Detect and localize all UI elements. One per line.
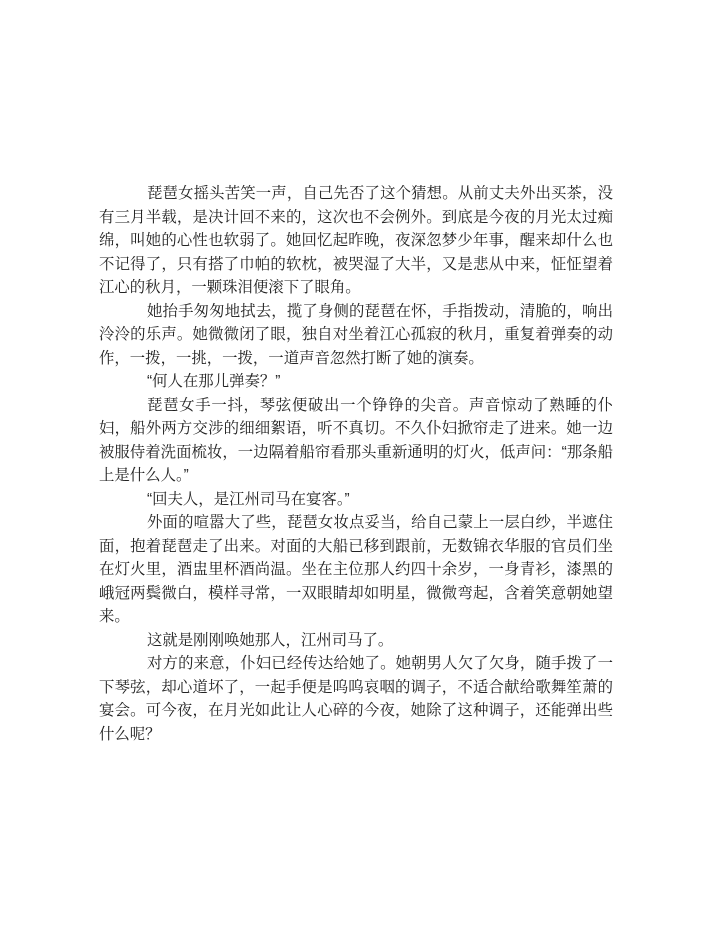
paragraph-dialogue: “何人在那儿弹奏？”: [99, 370, 613, 394]
paragraph: 她抬手匆匆地拭去，揽了身侧的琵琶在怀，手指拨动，清脆的，响出泠泠的乐声。她微微闭…: [99, 300, 613, 371]
page: 琵琶女摇头苦笑一声，自己先否了这个猜想。从前丈夫外出买茶，没有三月半载，是决计回…: [0, 0, 720, 932]
novel-text-page: 琵琶女摇头苦笑一声，自己先否了这个猜想。从前丈夫外出买茶，没有三月半载，是决计回…: [99, 182, 613, 746]
paragraph: 琵琶女摇头苦笑一声，自己先否了这个猜想。从前丈夫外出买茶，没有三月半载，是决计回…: [99, 182, 613, 300]
paragraph: 这就是刚刚唤她那人，江州司马了。: [99, 629, 613, 653]
paragraph: 对方的来意，仆妇已经传达给她了。她朝男人欠了欠身，随手拨了一下琴弦，却心道坏了，…: [99, 652, 613, 746]
paragraph: 琵琶女手一抖，琴弦便破出一个铮铮的尖音。声音惊动了熟睡的仆妇，船外两方交涉的细细…: [99, 394, 613, 488]
paragraph: 外面的喧嚣大了些，琵琶女妆点妥当，给自己蒙上一层白纱，半遮住面，抱着琵琶走了出来…: [99, 511, 613, 629]
paragraph-dialogue: “回夫人，是江州司马在宴客。”: [99, 488, 613, 512]
